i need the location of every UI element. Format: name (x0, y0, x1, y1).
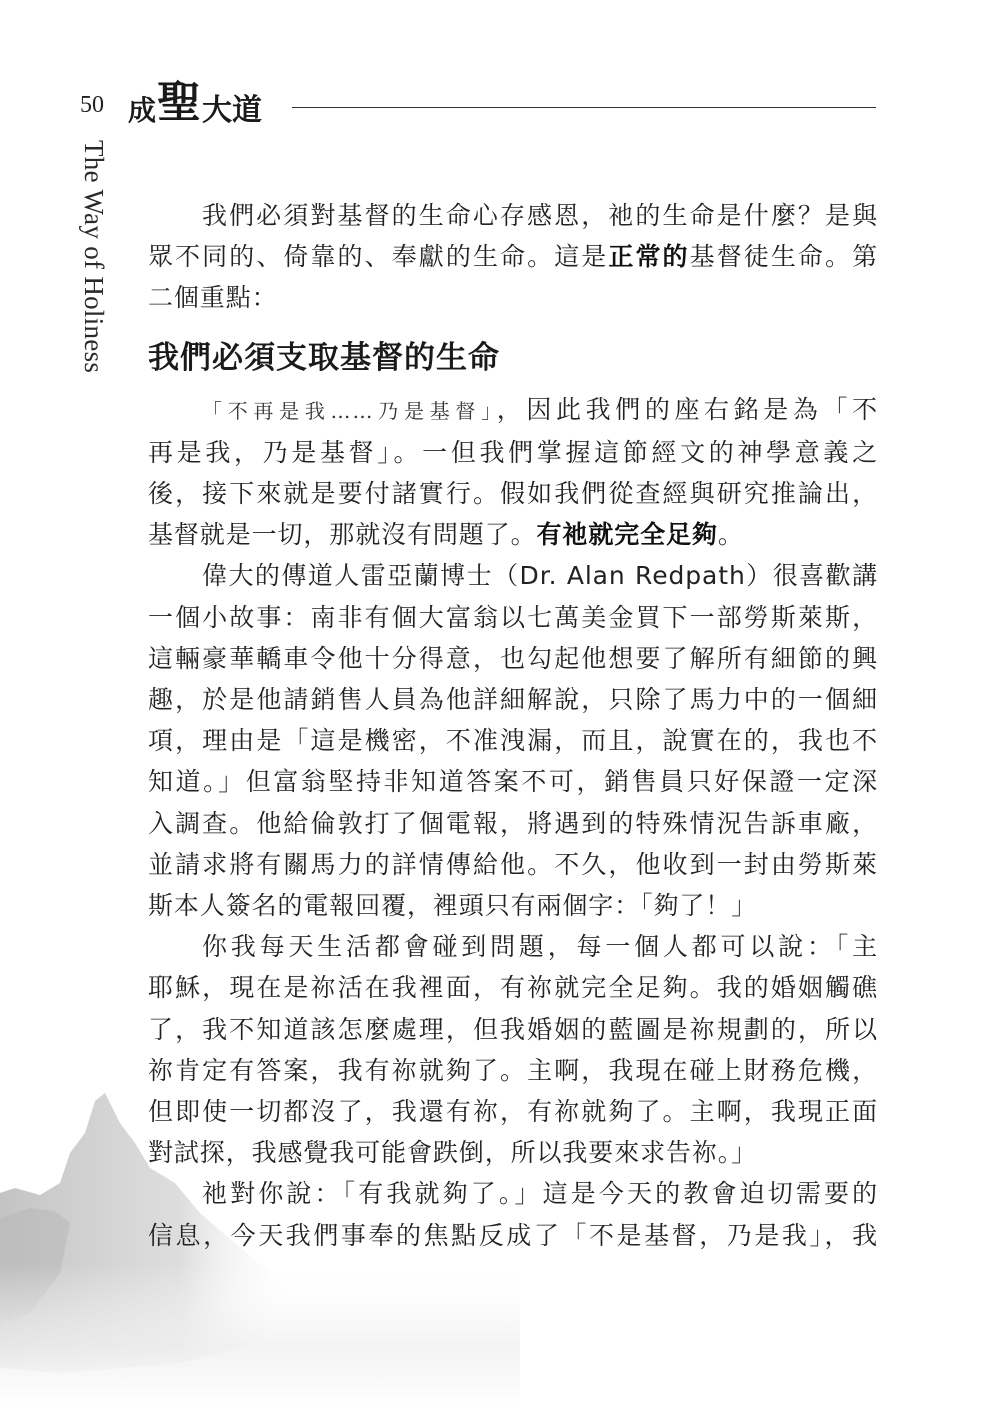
text-line: 祂對你說：「有我就夠了。」這是今天的教會迫切需要的 (148, 1173, 878, 1214)
paragraph-2: 「不再是我……乃是基督」，因此我們的座右銘是為「不 再是我，乃是基督」。一但我們… (148, 389, 878, 556)
page-number: 50 (80, 92, 104, 119)
paragraph-5: 祂對你說：「有我就夠了。」這是今天的教會迫切需要的 信息，今天我們事奉的焦點反成… (148, 1173, 878, 1255)
text-line: 斯本人簽名的電報回覆，裡頭只有兩個字：「夠了！」 (148, 885, 878, 926)
section-heading: 我們必須支取基督的生命 (148, 333, 878, 383)
scripture-quote: 「不再是我……乃是基督」 (202, 399, 497, 423)
bold-emphasis: 正常的 (608, 242, 689, 271)
text-run: 眾不同的、倚靠的、奉獻的生命。這是 (148, 242, 608, 271)
text-line: 趣，於是他請銷售人員為他詳細解說，只除了馬力中的一個細 (148, 679, 878, 720)
text-line: 我們必須對基督的生命心存感恩，祂的生命是什麼？是與 (148, 195, 878, 236)
text-line: 耶穌，現在是祢活在我裡面，有祢就完全足夠。我的婚姻觸礁 (148, 967, 878, 1008)
paragraph-4: 你我每天生活都會碰到問題，每一個人都可以說：「主 耶穌，現在是祢活在我裡面，有祢… (148, 926, 878, 1173)
text-line: 眾不同的、倚靠的、奉獻的生命。這是正常的基督徒生命。第 (148, 236, 878, 277)
book-title-part-3: 大道 (202, 92, 262, 130)
text-line: 入調查。他給倫敦打了個電報，將遇到的特殊情況告訴車廠， (148, 803, 878, 844)
text-line: 二個重點： (148, 277, 878, 318)
text-line: 基督就是一切，那就沒有問題了。有祂就完全足夠。 (148, 514, 878, 555)
text-run: ，因此我們的座右銘是為「不 (497, 395, 878, 424)
text-line: 知道。」但富翁堅持非知道答案不可，銷售員只好保證一定深 (148, 761, 878, 802)
text-line: 祢肯定有答案，我有祢就夠了。主啊，我現在碰上財務危機， (148, 1050, 878, 1091)
text-line: 一個小故事：南非有個大富翁以七萬美金買下一部勞斯萊斯， (148, 597, 878, 638)
paragraph-3: 偉大的傳道人雷亞蘭博士（Dr. Alan Redpath）很喜歡講 一個小故事：… (148, 555, 878, 926)
text-line: 這輛豪華轎車令他十分得意，也勾起他想要了解所有細節的興 (148, 638, 878, 679)
side-running-title: The Way of Holiness (78, 140, 109, 373)
body-text: 我們必須對基督的生命心存感恩，祂的生命是什麼？是與 眾不同的、倚靠的、奉獻的生命… (148, 195, 878, 1256)
text-line: 你我每天生活都會碰到問題，每一個人都可以說：「主 (148, 926, 878, 967)
header-divider (292, 107, 876, 108)
bold-emphasis: 有祂就完全足夠 (537, 520, 718, 549)
text-line: 對試探，我感覺我可能會跌倒，所以我要來求告祢。」 (148, 1132, 878, 1173)
text-line: 「不再是我……乃是基督」，因此我們的座右銘是為「不 (148, 389, 878, 432)
paragraph-1: 我們必須對基督的生命心存感恩，祂的生命是什麼？是與 眾不同的、倚靠的、奉獻的生命… (148, 195, 878, 319)
text-line: 了，我不知道該怎麼處理，但我婚姻的藍圖是祢規劃的，所以 (148, 1009, 878, 1050)
text-line: 偉大的傳道人雷亞蘭博士（Dr. Alan Redpath）很喜歡講 (148, 555, 878, 596)
text-line: 信息，今天我們事奉的焦點反成了「不是基督，乃是我」，我 (148, 1215, 878, 1256)
text-run: 。 (718, 520, 744, 549)
text-line: 後，接下來就是要付諸實行。假如我們從查經與研究推論出， (148, 473, 878, 514)
text-run: 二個重點： (148, 283, 278, 312)
book-title: 成 聖 大道 (128, 80, 262, 130)
text-line: 再是我，乃是基督」。一但我們掌握這節經文的神學意義之 (148, 432, 878, 473)
text-line: 項，理由是「這是機密，不准洩漏，而且，說實在的，我也不 (148, 720, 878, 761)
book-title-part-2: 聖 (157, 78, 201, 128)
book-title-part-1: 成 (128, 92, 156, 130)
text-line: 並請求將有關馬力的詳情傳給他。不久，他收到一封由勞斯萊 (148, 844, 878, 885)
text-line: 但即使一切都沒了，我還有祢，有祢就夠了。主啊，我現正面 (148, 1091, 878, 1132)
text-run: 我們必須對基督的生命心存感恩，祂的生命是什麼？是與 (202, 201, 878, 230)
text-run: 基督就是一切，那就沒有問題了。 (148, 520, 537, 549)
text-run: 基督徒生命。第 (690, 242, 878, 271)
